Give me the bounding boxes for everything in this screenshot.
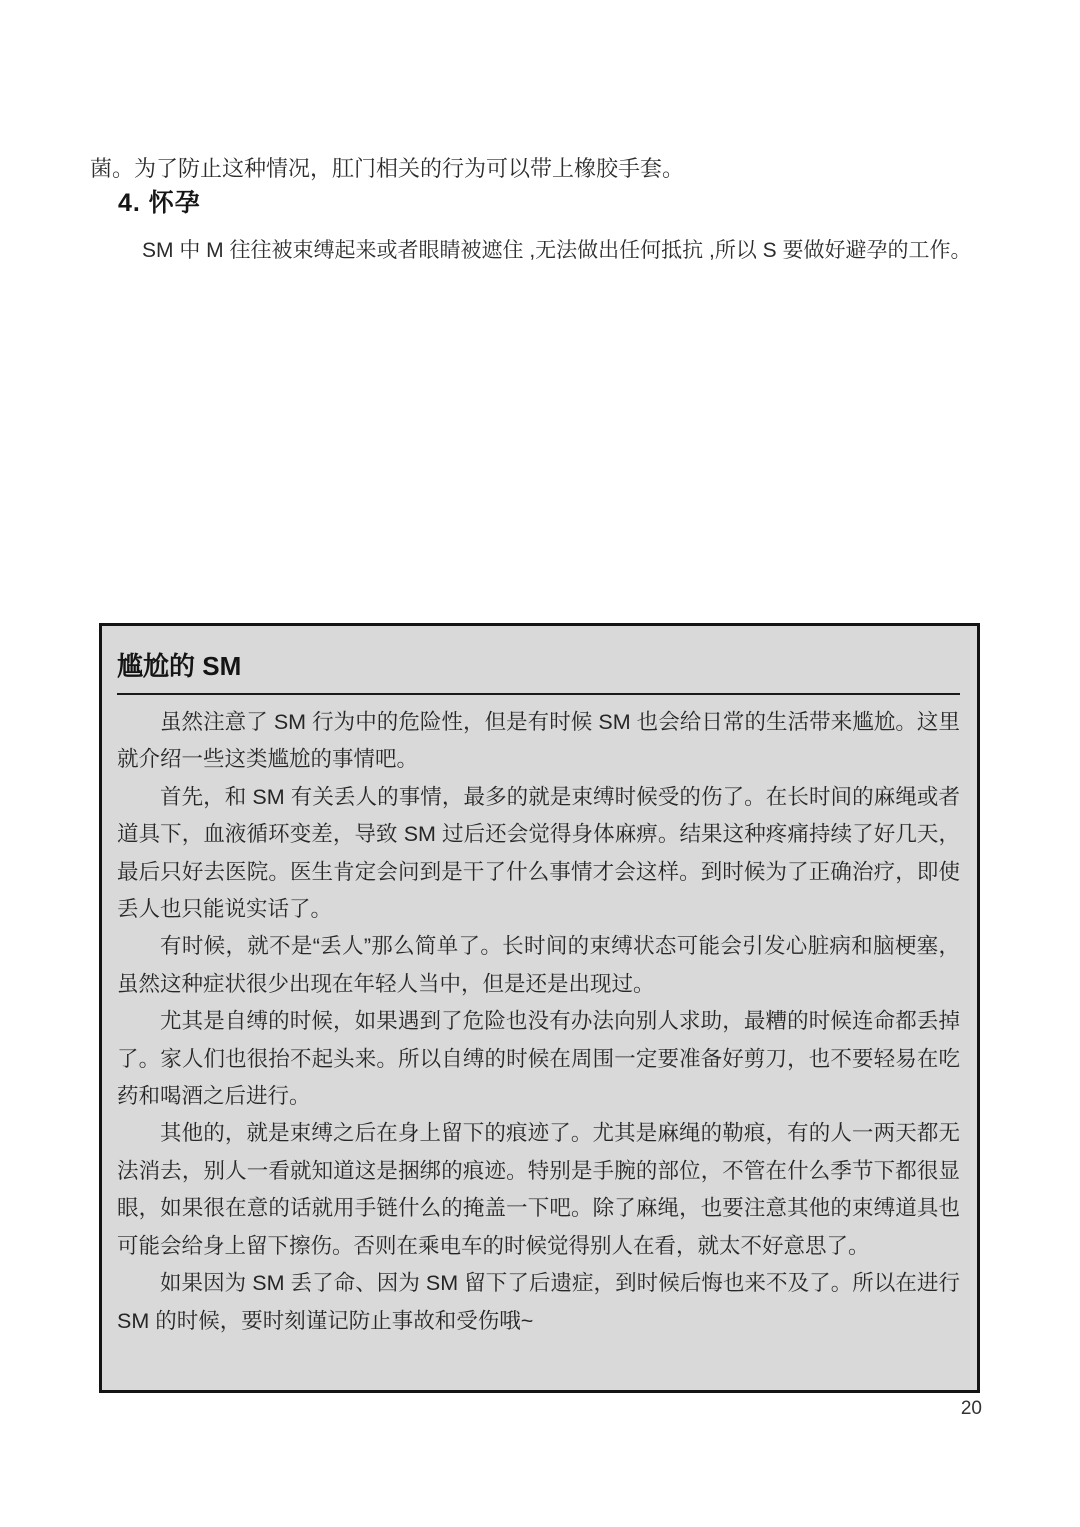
callout-paragraph: 首先，和 SM 有关丢人的事情，最多的就是束缚时候受的伤了。在长时间的麻绳或者道…	[117, 779, 960, 929]
intro-paragraph: 菌。为了防止这种情况，肛门相关的行为可以带上橡胶手套。	[90, 153, 985, 185]
callout-body: 虽然注意了 SM 行为中的危险性，但是有时候 SM 也会给日常的生活带来尴尬。这…	[117, 704, 960, 1340]
section-paragraph: SM 中 M 往往被束缚起来或者眼睛被遮住 ,无法做出任何抵抗 ,所以 S 要做…	[142, 236, 980, 266]
document-page: { "page": { "intro_line": "菌。为了防止这种情况，肛门…	[0, 0, 1080, 1527]
callout-paragraph: 尤其是自缚的时候，如果遇到了危险也没有办法向别人求助，最糟的时候连命都丢掉了。家…	[117, 1003, 960, 1115]
callout-paragraph: 如果因为 SM 丢了命、因为 SM 留下了后遗症，到时候后悔也来不及了。所以在进…	[117, 1265, 960, 1340]
callout-box: 尴尬的 SM 虽然注意了 SM 行为中的危险性，但是有时候 SM 也会给日常的生…	[99, 623, 980, 1393]
callout-paragraph: 有时候，就不是“丢人”那么简单了。长时间的束缚状态可能会引发心脏病和脑梗塞，虽然…	[117, 928, 960, 1003]
page-number: 20	[961, 1398, 982, 1420]
section-heading: 4. 怀孕	[118, 183, 201, 219]
callout-title: 尴尬的 SM	[117, 646, 960, 683]
callout-title-rule	[117, 693, 960, 695]
callout-paragraph: 虽然注意了 SM 行为中的危险性，但是有时候 SM 也会给日常的生活带来尴尬。这…	[117, 704, 960, 779]
callout-paragraph: 其他的，就是束缚之后在身上留下的痕迹了。尤其是麻绳的勒痕，有的人一两天都无法消去…	[117, 1115, 960, 1265]
